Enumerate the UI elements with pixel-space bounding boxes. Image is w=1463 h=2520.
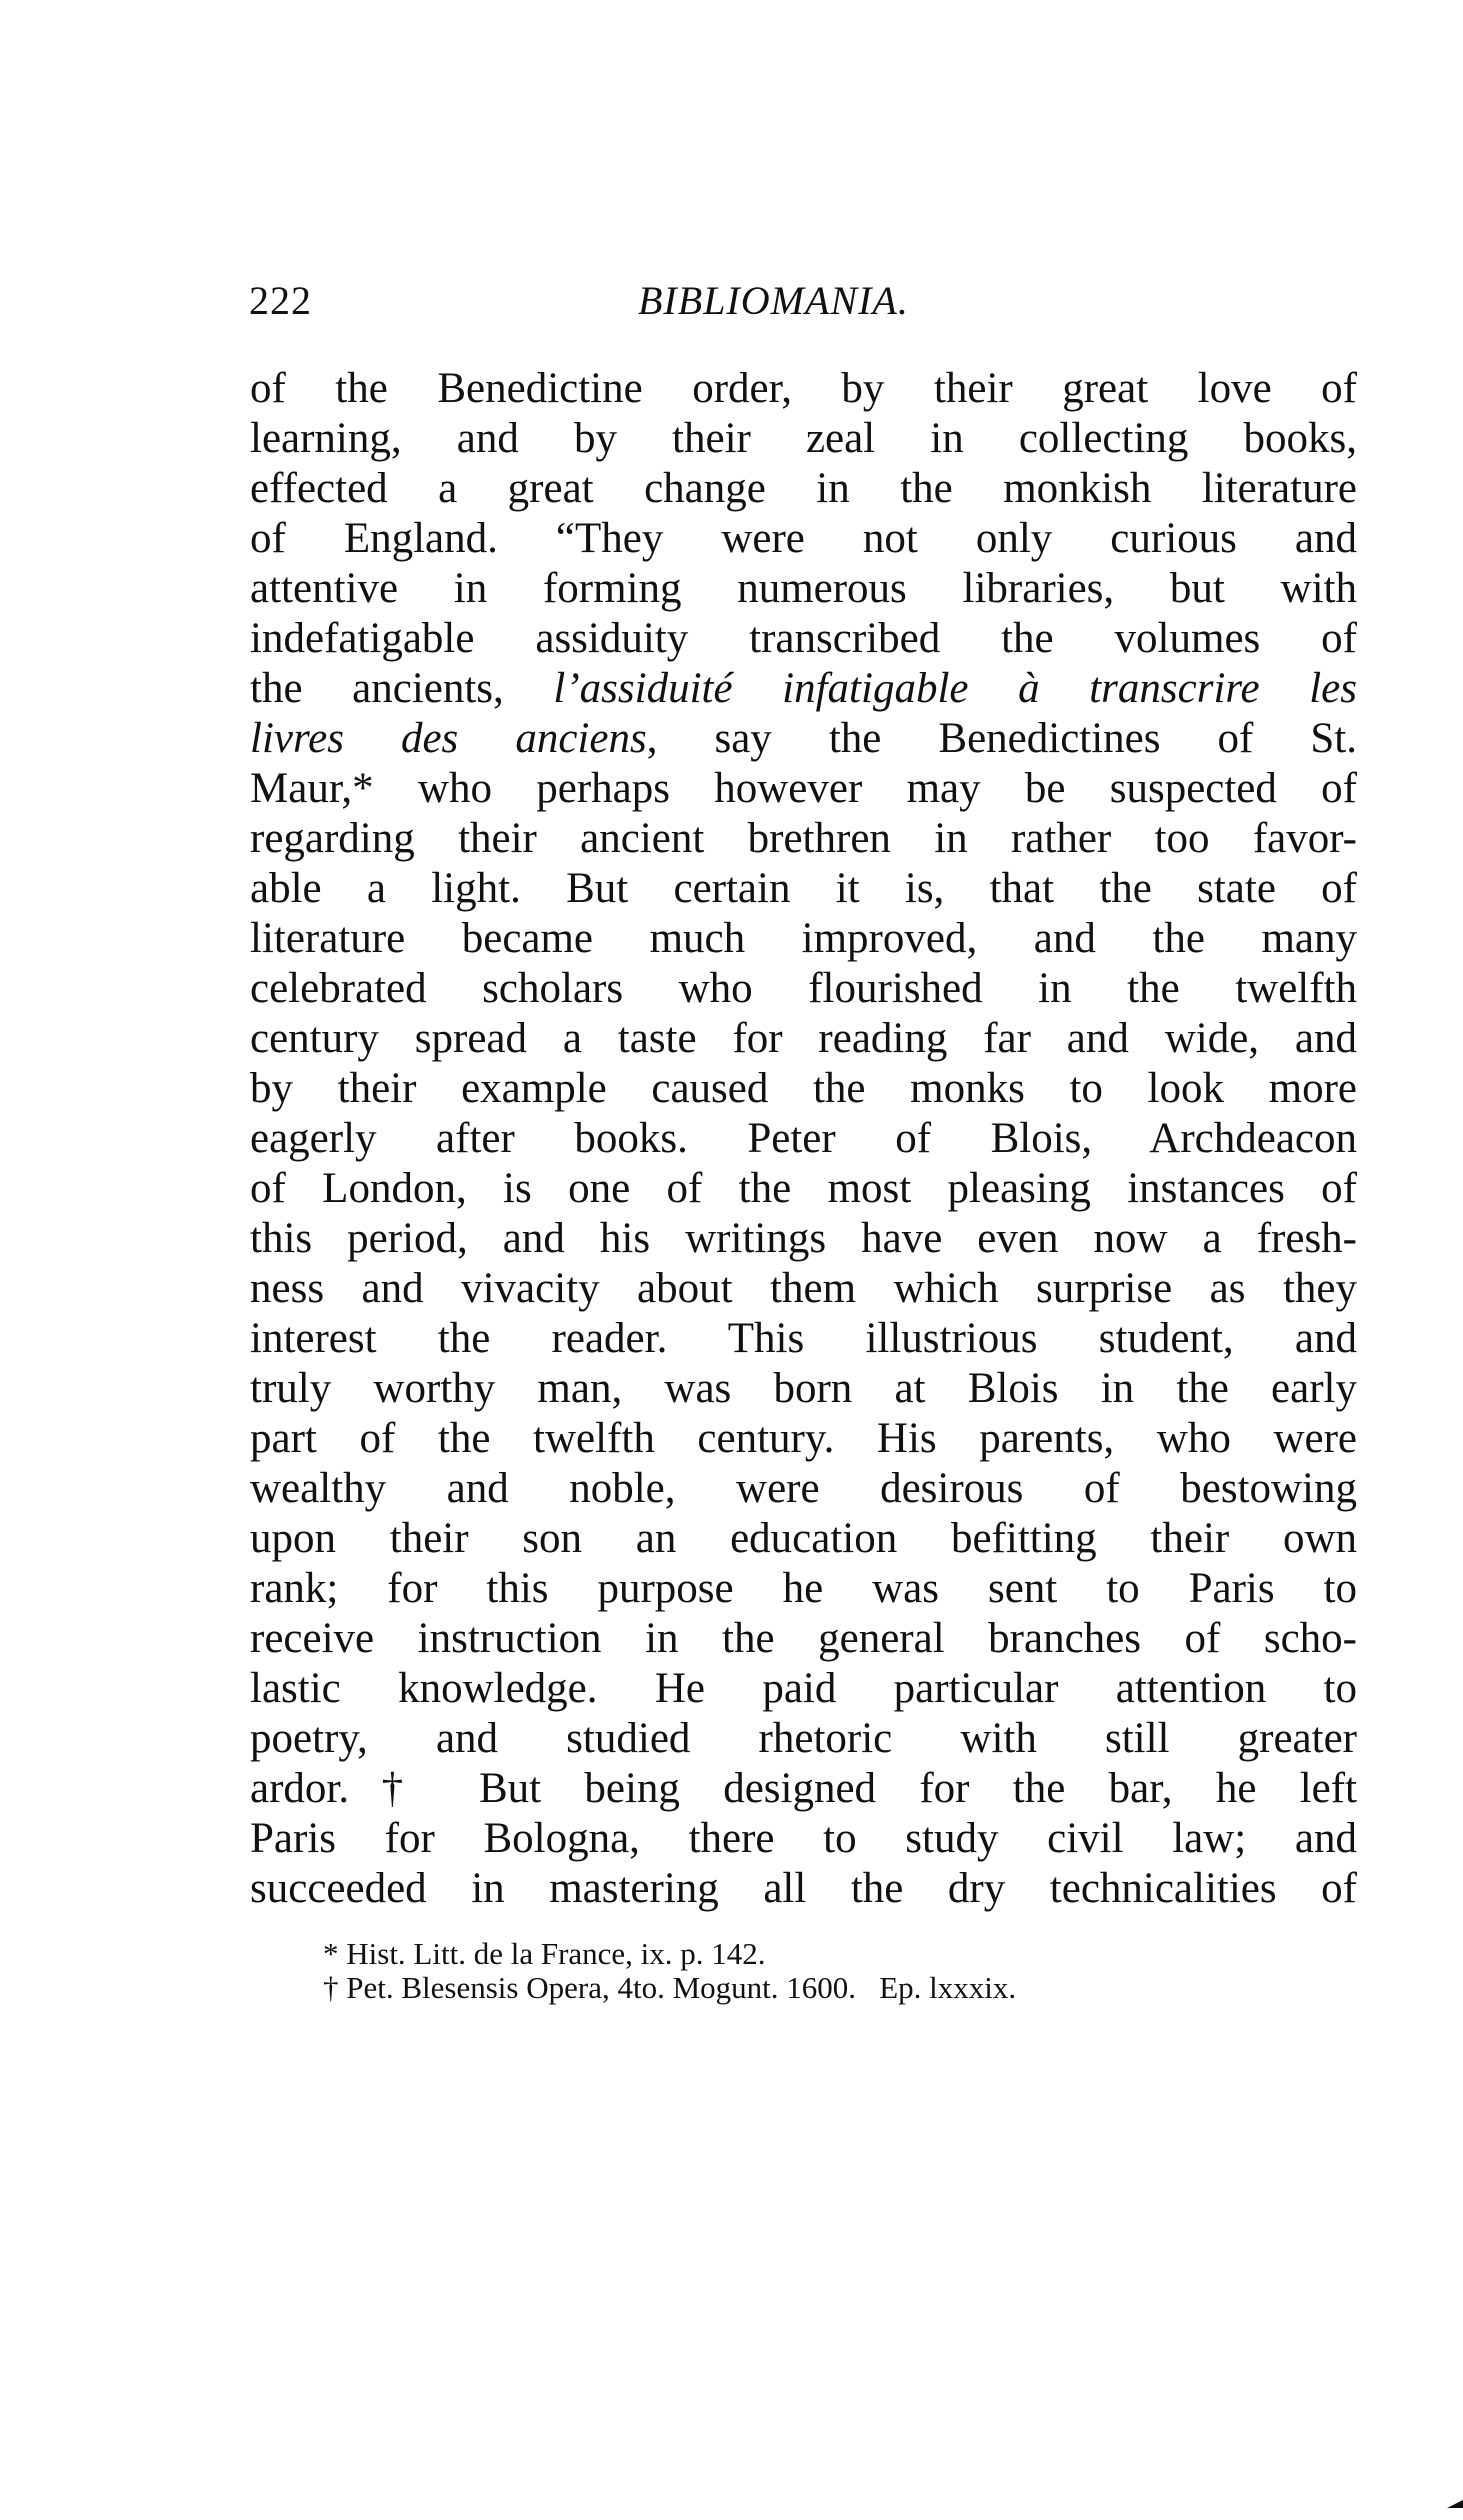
text-line: Maur,* who perhaps however may be suspec… — [250, 764, 1357, 814]
text-run: literature became much improved, and the… — [250, 915, 1357, 962]
running-head: 222 BIBLIOMANIA. — [249, 276, 1357, 326]
text-run: this period, and his writings have even … — [250, 1215, 1357, 1262]
text-line: literature became much improved, and the… — [250, 914, 1357, 964]
text-run: century spread a taste for reading far a… — [250, 1015, 1357, 1062]
text-run: interest the reader. This illustrious st… — [250, 1315, 1357, 1362]
text-run: celebrated scholars who flourished in th… — [250, 965, 1357, 1012]
footnote-text: Pet. Blesensis Opera, 4to. Mogunt. 1600.… — [346, 1970, 1016, 2005]
text-line: the ancients, l’assiduité infatigable à … — [250, 664, 1357, 714]
text-line: interest the reader. This illustrious st… — [250, 1314, 1357, 1364]
book-page: 222 BIBLIOMANIA. of the Benedictine orde… — [0, 0, 1463, 2520]
italic-text: l’assiduité infatigable à transcrire les — [553, 665, 1357, 712]
footnotes: * Hist. Litt. de la France, ix. p. 142.†… — [323, 1937, 1016, 2005]
text-run: succeeded in mastering all the dry techn… — [250, 1865, 1357, 1912]
text-line: of the Benedictine order, by their great… — [250, 364, 1357, 414]
text-line: ness and vivacity about them which surpr… — [250, 1264, 1357, 1314]
text-run: poetry, and studied rhetoric with still … — [250, 1715, 1357, 1762]
text-line: of England. “They were not only curious … — [250, 514, 1357, 564]
text-run: indefatigable assiduity transcribed the … — [250, 615, 1357, 662]
text-line: century spread a taste for reading far a… — [250, 1014, 1357, 1064]
text-line: ardor.† But being designed for the bar, … — [250, 1764, 1357, 1814]
text-run: able a light. But certain it is, that th… — [250, 865, 1357, 912]
running-title: BIBLIOMANIA. — [638, 276, 909, 326]
text-run: of the Benedictine order, by their great… — [250, 365, 1357, 412]
text-line: this period, and his writings have even … — [250, 1214, 1357, 1264]
text-run: receive instruction in the general branc… — [250, 1615, 1357, 1662]
text-run: ardor.† But being designed for the bar, … — [250, 1765, 1357, 1812]
text-run: wealthy and noble, were desirous of best… — [250, 1465, 1357, 1512]
text-line: effected a great change in the monkish l… — [250, 464, 1357, 514]
text-run: truly worthy man, was born at Blois in t… — [250, 1365, 1357, 1412]
text-run: part of the twelfth century. His parents… — [250, 1415, 1357, 1462]
italic-text: livres des anciens — [250, 715, 647, 762]
text-run: attentive in forming numerous libraries,… — [250, 565, 1357, 612]
text-line: truly worthy man, was born at Blois in t… — [250, 1364, 1357, 1414]
footnote-text: Hist. Litt. de la France, ix. p. 142. — [346, 1936, 765, 1971]
text-run: upon their son an education befitting th… — [250, 1515, 1357, 1562]
text-line: part of the twelfth century. His parents… — [250, 1414, 1357, 1464]
text-line: receive instruction in the general branc… — [250, 1614, 1357, 1664]
footnote: * Hist. Litt. de la France, ix. p. 142. — [323, 1937, 1016, 1971]
page-number: 222 — [249, 276, 312, 326]
text-line: attentive in forming numerous libraries,… — [250, 564, 1357, 614]
text-run: Maur,* who perhaps however may be suspec… — [250, 765, 1357, 812]
text-run: by their example caused the monks to loo… — [250, 1065, 1357, 1112]
text-line: poetry, and studied rhetoric with still … — [250, 1714, 1357, 1764]
scan-artifact — [1447, 2500, 1463, 2508]
text-run: regarding their ancient brethren in rath… — [250, 815, 1357, 862]
text-run: lastic knowledge. He paid particular att… — [250, 1665, 1357, 1712]
text-run: rank; for this purpose he was sent to Pa… — [250, 1565, 1357, 1612]
text-line: wealthy and noble, were desirous of best… — [250, 1464, 1357, 1514]
footnote-mark: † — [323, 1970, 346, 2005]
text-run: ness and vivacity about them which surpr… — [250, 1265, 1357, 1312]
body-text: of the Benedictine order, by their great… — [250, 364, 1357, 1914]
text-line: learning, and by their zeal in collectin… — [250, 414, 1357, 464]
text-line: indefatigable assiduity transcribed the … — [250, 614, 1357, 664]
text-run: Paris for Bologna, there to study civil … — [250, 1815, 1357, 1862]
text-line: livres des anciens, say the Benedictines… — [250, 714, 1357, 764]
text-line: succeeded in mastering all the dry techn… — [250, 1864, 1357, 1914]
text-line: regarding their ancient brethren in rath… — [250, 814, 1357, 864]
footnote-mark: * — [323, 1936, 346, 1971]
text-line: rank; for this purpose he was sent to Pa… — [250, 1564, 1357, 1614]
text-line: by their example caused the monks to loo… — [250, 1064, 1357, 1114]
text-line: Paris for Bologna, there to study civil … — [250, 1814, 1357, 1864]
text-line: celebrated scholars who flourished in th… — [250, 964, 1357, 1014]
footnote: † Pet. Blesensis Opera, 4to. Mogunt. 160… — [323, 1971, 1016, 2005]
text-run: eagerly after books. Peter of Blois, Arc… — [250, 1115, 1357, 1162]
text-run: , say the Benedictines of St. — [647, 715, 1357, 762]
text-line: eagerly after books. Peter of Blois, Arc… — [250, 1114, 1357, 1164]
text-run: of England. “They were not only curious … — [250, 515, 1357, 562]
text-line: lastic knowledge. He paid particular att… — [250, 1664, 1357, 1714]
text-line: of London, is one of the most pleasing i… — [250, 1164, 1357, 1214]
text-run: of London, is one of the most pleasing i… — [250, 1165, 1357, 1212]
text-run: the ancients, — [250, 665, 553, 712]
text-run: effected a great change in the monkish l… — [250, 465, 1357, 512]
text-run: learning, and by their zeal in collectin… — [250, 415, 1357, 462]
text-line: upon their son an education befitting th… — [250, 1514, 1357, 1564]
text-line: able a light. But certain it is, that th… — [250, 864, 1357, 914]
